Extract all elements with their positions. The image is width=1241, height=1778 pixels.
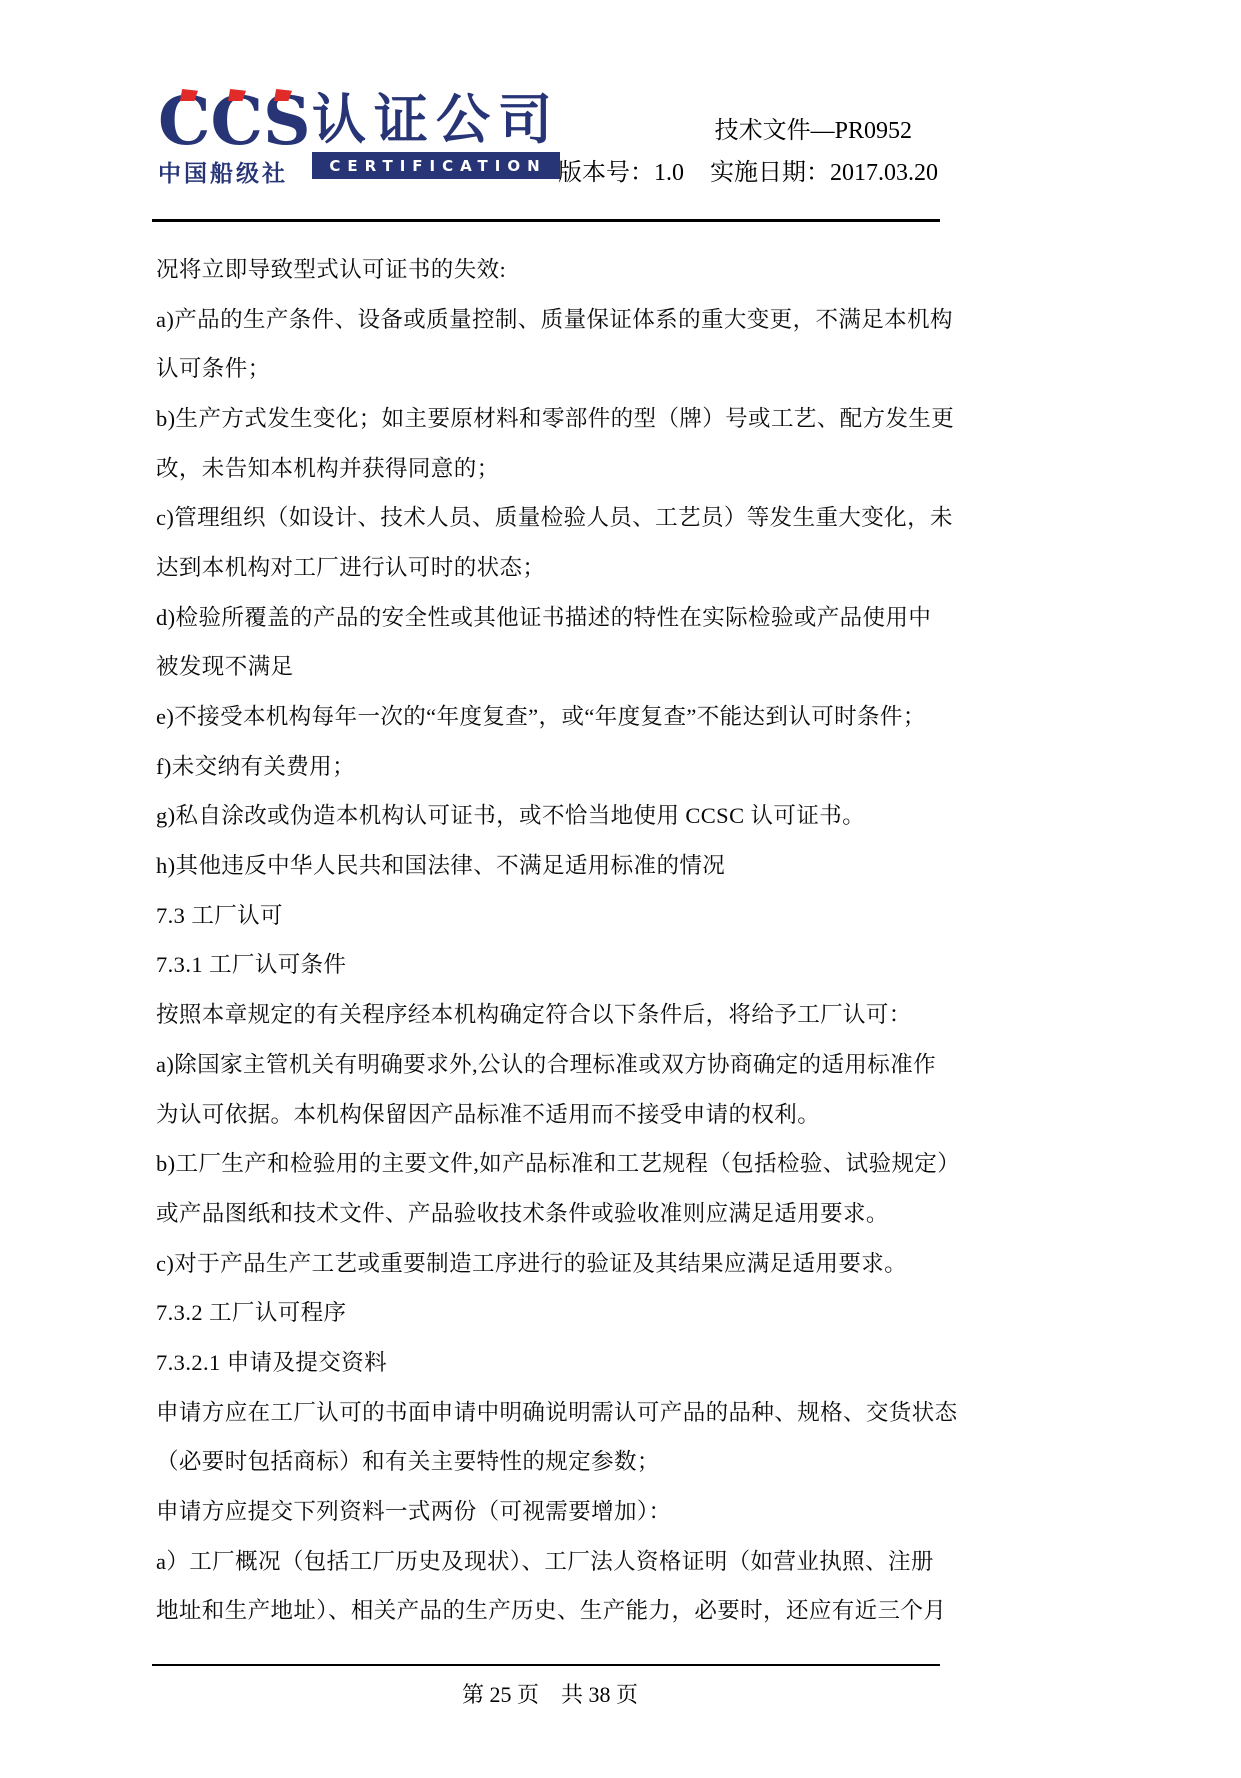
body-line: a）工厂概况（包括工厂历史及现状）、工厂法人资格证明（如营业执照、注册 — [156, 1535, 948, 1585]
logo-mark: CCS 中国船级社 — [158, 90, 300, 188]
body-line: 达到本机构对工厂进行认可时的状态； — [156, 541, 948, 591]
body-line: c)管理组织（如设计、技术人员、质量检验人员、工艺员）等发生重大变化，未 — [156, 491, 948, 541]
footer-divider — [152, 1664, 940, 1666]
body-line: a)产品的生产条件、设备或质量控制、质量保证体系的重大变更，不满足本机构 — [156, 293, 948, 343]
body-line: 7.3.2 工厂认可程序 — [156, 1286, 948, 1336]
header-meta: 技术文件—PR0952 版本号：1.0 实施日期：2017.03.20 — [558, 112, 938, 192]
doc-code: 技术文件—PR0952 — [558, 112, 938, 150]
version-row: 版本号：1.0 实施日期：2017.03.20 — [558, 154, 938, 192]
body-line: 7.3 工厂认可 — [156, 889, 948, 939]
version-label: 版本号：1.0 — [558, 154, 684, 192]
document-page: CCS 中国船级社 认证公司 CERTIFICATION 技术文件—PR0952… — [0, 0, 1241, 1778]
body-line: b)生产方式发生变化；如主要原材料和零部件的型（牌）号或工艺、配方发生更 — [156, 392, 948, 442]
impl-date-label: 实施日期：2017.03.20 — [710, 154, 938, 192]
body-line: 7.3.2.1 申请及提交资料 — [156, 1336, 948, 1386]
body-line: c)对于产品生产工艺或重要制造工序进行的验证及其结果应满足适用要求。 — [156, 1237, 948, 1287]
body-line: h)其他违反中华人民共和国法律、不满足适用标准的情况 — [156, 839, 948, 889]
page-number: 第 25 页 共 38 页 — [462, 1682, 638, 1707]
body-line: 地址和生产地址）、相关产品的生产历史、生产能力，必要时，还应有近三个月 — [156, 1585, 948, 1635]
logo-society-name: 中国船级社 — [158, 155, 300, 188]
body-line: d)检验所覆盖的产品的安全性或其他证书描述的特性在实际检验或产品使用中 — [156, 591, 948, 641]
body-line: 认可条件； — [156, 342, 948, 392]
body-line: f)未交纳有关费用； — [156, 740, 948, 790]
page-footer: 第 25 页 共 38 页 — [156, 1678, 944, 1709]
body-line: （必要时包括商标）和有关主要特性的规定参数； — [156, 1436, 948, 1486]
logo-company-name-cn: 认证公司 — [312, 90, 560, 150]
body-line: e)不接受本机构每年一次的“年度复查”，或“年度复查”不能达到认可时条件； — [156, 690, 948, 740]
body-line: g)私自涂改或伪造本机构认可证书，或不恰当地使用 CCSC 认可证书。 — [156, 790, 948, 840]
body-line: b)工厂生产和检验用的主要文件,如产品标准和工艺规程（包括检验、试验规定） — [156, 1137, 948, 1187]
header-divider — [152, 219, 940, 222]
logo-certification-banner: CERTIFICATION — [312, 152, 560, 179]
body-line: 申请方应提交下列资料一式两份（可视需要增加）： — [156, 1485, 948, 1535]
body-line: 按照本章规定的有关程序经本机构确定符合以下条件后，将给予工厂认可： — [156, 988, 948, 1038]
body-line: 或产品图纸和技术文件、产品验收技术条件或验收准则应满足适用要求。 — [156, 1187, 948, 1237]
body-line: a)除国家主管机关有明确要求外,公认的合理标准或双方协商确定的适用标准作 — [156, 1038, 948, 1088]
body-line: 为认可依据。本机构保留因产品标准不适用而不接受申请的权利。 — [156, 1088, 948, 1138]
body-line: 况将立即导致型式认可证书的失效: — [156, 243, 948, 293]
body-line: 被发现不满足 — [156, 641, 948, 691]
logo-company: 认证公司 CERTIFICATION — [312, 90, 560, 179]
body-line: 7.3.1 工厂认可条件 — [156, 939, 948, 989]
ccs-logo: CCS 中国船级社 认证公司 CERTIFICATION — [158, 90, 560, 188]
document-body: 况将立即导致型式认可证书的失效:a)产品的生产条件、设备或质量控制、质量保证体系… — [156, 243, 948, 1634]
body-line: 申请方应在工厂认可的书面申请中明确说明需认可产品的品种、规格、交货状态 — [156, 1386, 948, 1436]
body-line: 改，未告知本机构并获得同意的； — [156, 442, 948, 492]
